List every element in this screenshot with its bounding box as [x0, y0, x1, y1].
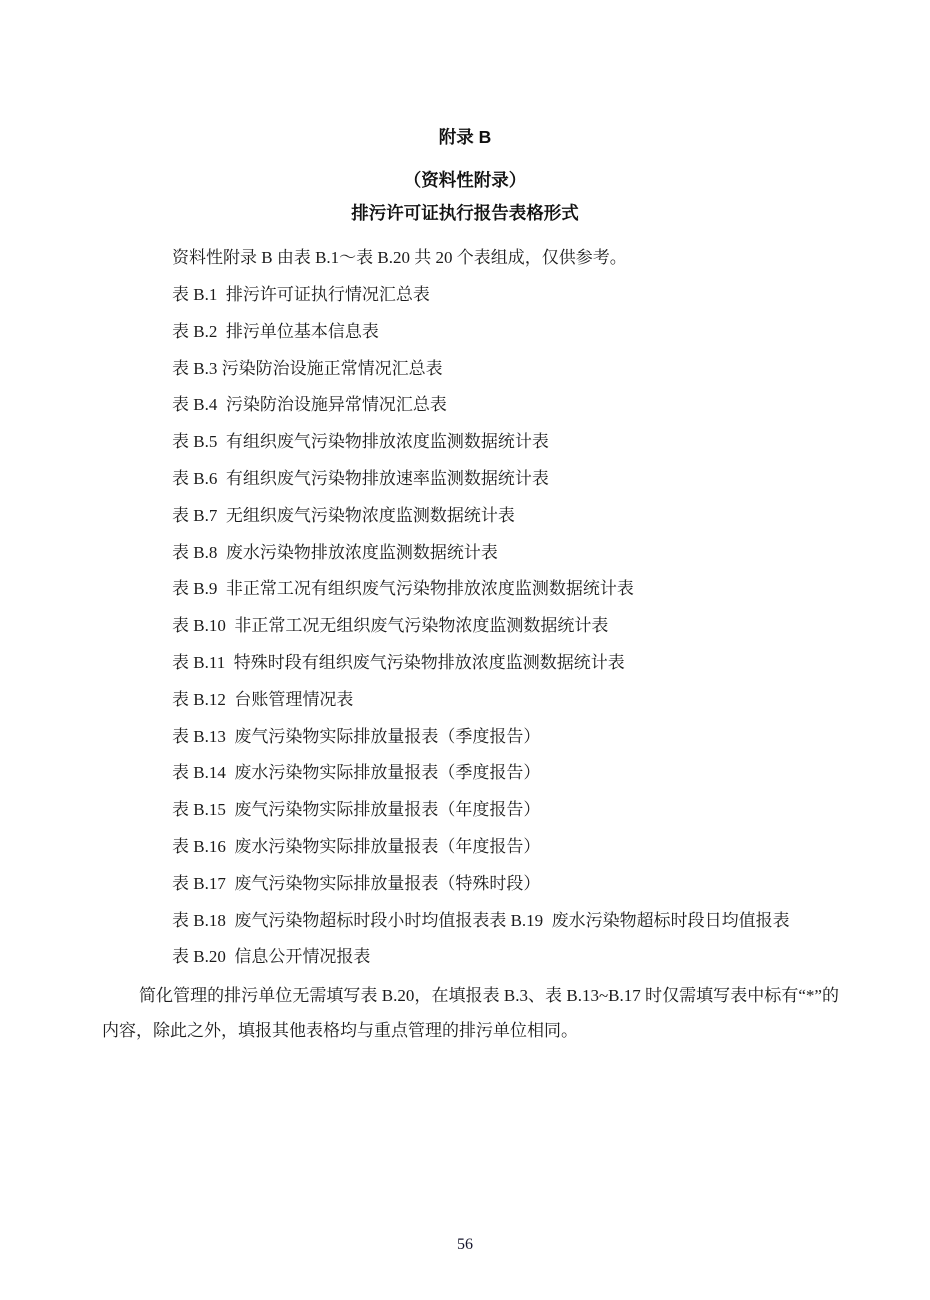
- table-list-item: 表 B.2 排污单位基本信息表: [172, 314, 790, 351]
- table-list-item: 表 B.12 台账管理情况表: [172, 682, 790, 719]
- appendix-heading: 附录 B: [0, 128, 930, 147]
- table-list-item: 表 B.5 有组织废气污染物排放浓度监测数据统计表: [172, 424, 790, 461]
- table-list-item: 表 B.7 无组织废气污染物浓度监测数据统计表: [172, 498, 790, 535]
- table-list-item: 表 B.9 非正常工况有组织废气污染物排放浓度监测数据统计表: [172, 571, 790, 608]
- table-list-item: 表 B.1 排污许可证执行情况汇总表: [172, 277, 790, 314]
- table-list-item: 表 B.6 有组织废气污染物排放速率监测数据统计表: [172, 461, 790, 498]
- table-list-item: 表 B.18 废气污染物超标时段小时均值报表表 B.19 废水污染物超标时段日均…: [172, 903, 790, 940]
- closing-paragraph: 简化管理的排污单位无需填写表 B.20，在填报表 B.3、表 B.13~B.17…: [102, 978, 839, 1048]
- table-list-item: 表 B.16 废水污染物实际排放量报表（年度报告）: [172, 829, 790, 866]
- table-list-item: 表 B.13 废气污染物实际排放量报表（季度报告）: [172, 719, 790, 756]
- table-list-item: 表 B.17 废气污染物实际排放量报表（特殊时段）: [172, 866, 790, 903]
- page-number: 56: [0, 1236, 930, 1254]
- table-list-item: 表 B.4 污染防治设施异常情况汇总表: [172, 387, 790, 424]
- table-list-item: 表 B.8 废水污染物排放浓度监测数据统计表: [172, 535, 790, 572]
- table-list-item: 表 B.14 废水污染物实际排放量报表（季度报告）: [172, 755, 790, 792]
- table-list-item: 表 B.15 废气污染物实际排放量报表（年度报告）: [172, 792, 790, 829]
- table-list: 表 B.1 排污许可证执行情况汇总表 表 B.2 排污单位基本信息表 表 B.3…: [172, 277, 790, 976]
- table-list-item: 表 B.11 特殊时段有组织废气污染物排放浓度监测数据统计表: [172, 645, 790, 682]
- table-list-item: 表 B.3 污染防治设施正常情况汇总表: [172, 351, 790, 388]
- intro-paragraph: 资料性附录 B 由表 B.1～表 B.20 共 20 个表组成，仅供参考。: [172, 248, 627, 268]
- table-list-item: 表 B.20 信息公开情况报表: [172, 939, 790, 976]
- table-list-item: 表 B.10 非正常工况无组织废气污染物浓度监测数据统计表: [172, 608, 790, 645]
- document-title: 排污许可证执行报告表格形式: [0, 204, 930, 223]
- appendix-type-heading: （资料性附录）: [0, 171, 930, 190]
